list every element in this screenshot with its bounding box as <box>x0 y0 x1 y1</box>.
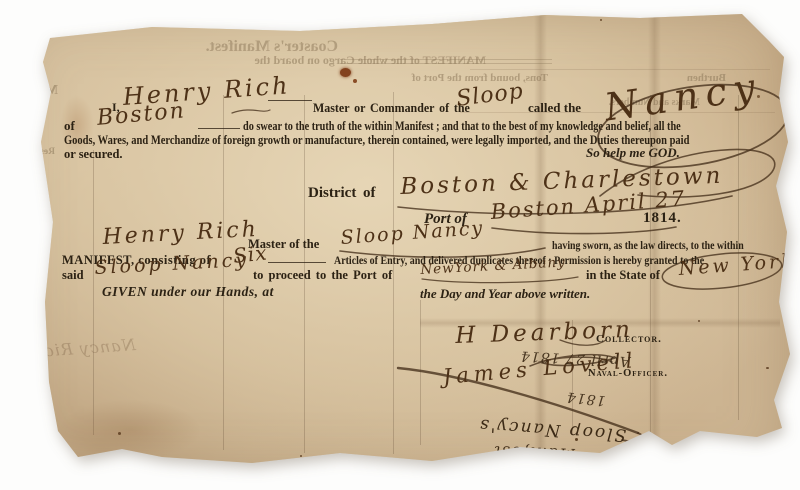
fold-crease-right <box>648 14 661 444</box>
collector-signature: H Dearborn <box>455 318 634 350</box>
table-rule-8 <box>738 95 739 420</box>
speck-8 <box>757 95 760 98</box>
naval-officer-label: Naval-Officer. <box>588 368 668 380</box>
vessel-underline-swash <box>340 248 545 257</box>
docket-line-date: April 27 1814 <box>520 347 631 368</box>
speck-3 <box>118 432 121 435</box>
showthrough-residence-column: Residence. <box>12 147 55 157</box>
permission-said-vessel: Sloop Nancy <box>94 250 250 279</box>
permission-state-value: New York <box>678 251 796 280</box>
speck-6 <box>300 455 302 457</box>
showthrough-marks: Marks and Numbers. <box>609 97 700 108</box>
document-photo: Coaster's Manifest. MANIFEST of the whol… <box>0 0 800 490</box>
permission-day-year: the Day and Year above written. <box>420 287 590 301</box>
showthrough-verso-script: Nancy Rich <box>32 336 136 361</box>
bottom-left-toning <box>60 400 200 460</box>
oath-called-the: called the <box>528 101 581 115</box>
permission-destination: NewYork & Albany <box>420 255 566 277</box>
oath-vessel-name: Nancy <box>602 66 764 129</box>
fold-crease-left <box>534 14 547 454</box>
oath-master-line: Master or Commander of the <box>313 101 470 115</box>
permission-manifest-label: MANIFEST, consisting of <box>62 254 211 268</box>
showthrough-master-column: Master, <box>13 83 58 98</box>
speck-2 <box>600 19 602 21</box>
permission-master-name: Henry Rich <box>102 218 259 250</box>
ink-stain-large <box>340 68 351 77</box>
port-label: Port of <box>424 211 467 228</box>
showthrough-burthen: Burthen <box>687 72 726 84</box>
permission-said: said <box>62 269 84 283</box>
blank-line-3 <box>268 262 326 263</box>
naval-officer-signature: James Lovell <box>442 349 638 389</box>
district-value: Boston & Charlestown <box>400 164 724 201</box>
port-year: 1814. <box>643 210 682 227</box>
showthrough-header: MANIFEST of the whole Cargo on board the <box>255 54 486 67</box>
nancy-loop-flourish <box>592 72 794 179</box>
table-rule-1 <box>93 150 94 435</box>
flourish-strokes <box>0 0 800 490</box>
speck-7 <box>698 320 700 322</box>
port-underline-swash <box>492 227 676 234</box>
showthrough-layer: Coaster's Manifest. MANIFEST of the whol… <box>0 0 800 490</box>
blank-line-2 <box>198 128 240 129</box>
speck-4 <box>766 367 769 369</box>
fold-crease-horizontal <box>420 318 780 328</box>
oath-master-name: Henry Rich <box>122 72 291 110</box>
manifest-paper: Coaster's Manifest. MANIFEST of the whol… <box>0 0 800 490</box>
district-underline-swash <box>398 196 732 214</box>
oath-body-line2: Goods, Wares, and Merchandize of foreign… <box>64 134 689 148</box>
lovell-swash-long <box>398 368 638 433</box>
permission-sworn: having sworn, as the law directs, to the… <box>552 239 744 252</box>
ink-stain-small <box>353 79 357 83</box>
docket-line-manifest: Manifest <box>492 443 575 462</box>
newyork-oval-flourish <box>661 248 784 294</box>
showthrough-tons: Tons, bound from the Port of <box>412 72 548 84</box>
showthrough-rule-top <box>470 69 770 70</box>
table-rule-7 <box>650 95 651 435</box>
oath-so-help: So help me GOD. <box>586 146 680 160</box>
permission-articles-text: Articles of Entry, and delivered duplica… <box>334 254 704 267</box>
showthrough-title: Coaster's Manifest. <box>206 38 338 56</box>
table-rule-5 <box>420 300 421 445</box>
showthrough-rule-header <box>460 112 775 113</box>
oath-vessel-type: Sloop <box>455 80 525 112</box>
permission-vessel: Sloop Nancy <box>340 218 485 249</box>
oath-home-port: Boston <box>96 99 187 131</box>
blank-line-1 <box>268 100 312 101</box>
paper-shadow-wrap: Coaster's Manifest. MANIFEST of the whol… <box>0 0 800 490</box>
port-value: Boston April 27 <box>490 187 687 224</box>
charlestown-loop-flourish <box>600 150 775 198</box>
permission-proceed: to proceed to the Port of <box>253 269 392 283</box>
table-rule-2 <box>223 95 224 450</box>
henryrich-line1-flourish <box>232 110 270 113</box>
docket-line-year: 1814 <box>565 388 606 407</box>
table-rule-6 <box>572 320 573 435</box>
stain-layer <box>0 0 800 490</box>
text-layer: I, Henry Rich Master or Commander of the… <box>0 0 800 490</box>
permission-state-label: in the State of <box>586 269 660 283</box>
table-rule-4 <box>393 92 394 454</box>
district-label: District of <box>308 185 376 202</box>
permission-given: GIVEN under our Hands, at <box>102 285 274 300</box>
speck-1 <box>212 23 215 26</box>
lovell-swash-curl <box>622 433 643 441</box>
docket-line-vessel: Sloop Nancy's <box>478 415 627 444</box>
foxing-patch <box>60 95 94 155</box>
destination-underline-swash <box>422 277 578 283</box>
speck-5 <box>575 438 578 441</box>
collector-label: Collector. <box>596 333 662 345</box>
permission-master-of: Master of the <box>248 238 319 252</box>
table-rule-3 <box>304 95 305 453</box>
oath-body-line3: or secured. <box>64 148 123 162</box>
dearborn-end-flourish <box>560 340 606 345</box>
oath-body-line1: do swear to the truth of the within Mani… <box>243 120 681 134</box>
oath-of-label: of <box>64 119 75 133</box>
permission-articles-count: Six <box>232 241 269 266</box>
showthrough-ornament-rule <box>340 59 552 64</box>
lovell-scribble <box>530 355 615 366</box>
oath-pre: I, <box>112 101 120 114</box>
